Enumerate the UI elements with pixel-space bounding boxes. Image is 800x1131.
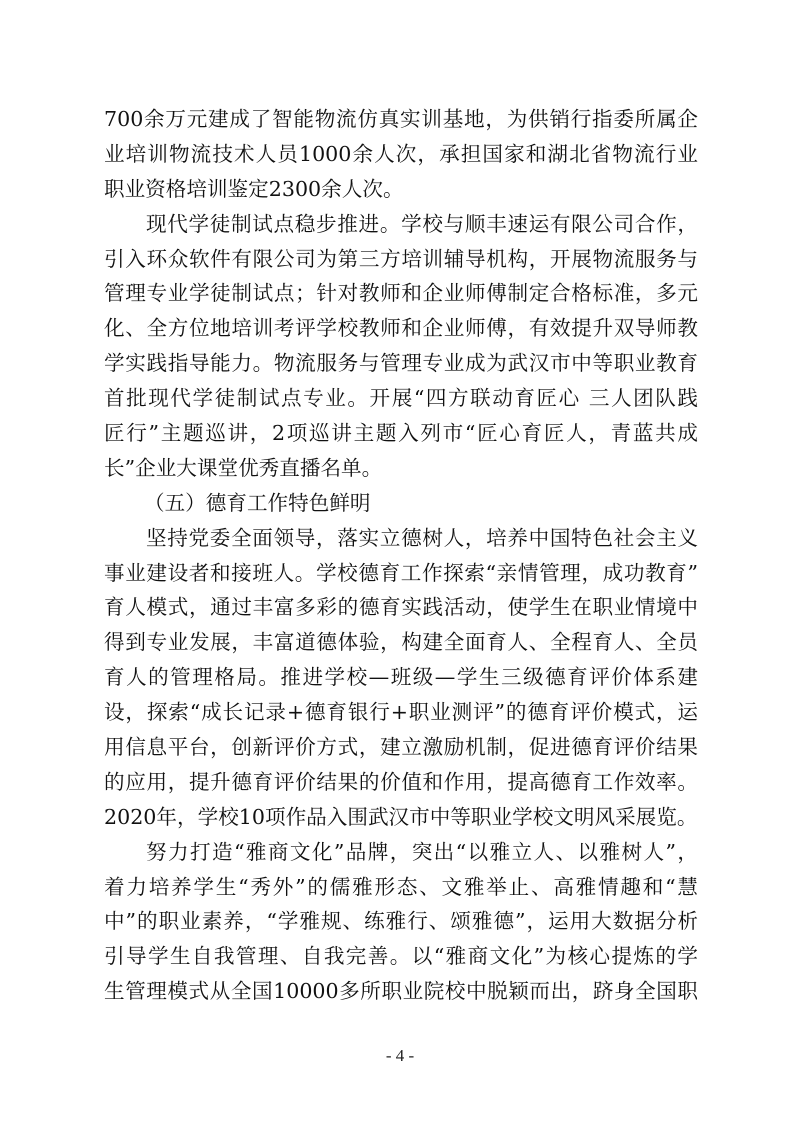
text-line: 生管理模式从全国10000多所职业院校中脱颖而出，跻身全国职 bbox=[104, 974, 698, 1009]
text-line: 首批现代学徒制试点专业。开展“四方联动育匠心 三人团队践 bbox=[104, 381, 698, 416]
text-line: 管理专业学徒制试点；针对教师和企业师傅制定合格标准，多元 bbox=[104, 276, 698, 311]
text-line: 设，探索“成长记录+德育银行+职业测评”的德育评价模式，运 bbox=[104, 695, 698, 730]
text-line: 引导学生自我管理、自我完善。以“雅商文化”为核心提炼的学 bbox=[104, 939, 698, 974]
text-line: 匠行”主题巡讲，2项巡讲主题入列市“匠心育匠人，青蓝共成 bbox=[104, 416, 698, 451]
text-line: 2020年，学校10项作品入围武汉市中等职业学校文明风采展览。 bbox=[104, 800, 698, 835]
document-page: 700余万元建成了智能物流仿真实训基地，为供销行指委所属企 业培训物流技术人员1… bbox=[0, 0, 800, 1131]
paragraph-start-line: 现代学徒制试点稳步推进。学校与顺丰速运有限公司合作， bbox=[104, 207, 698, 242]
text-line: 长”企业大课堂优秀直播名单。 bbox=[104, 451, 698, 486]
text-line: 化、全方位地培训考评学校教师和企业师傅，有效提升双导师教 bbox=[104, 311, 698, 346]
paragraph-start-line: 坚持党委全面领导，落实立德树人，培养中国特色社会主义 bbox=[104, 521, 698, 556]
text-line: 着力培养学生“秀外”的儒雅形态、文雅举止、高雅情趣和“慧 bbox=[104, 870, 698, 905]
text-line: 育人模式，通过丰富多彩的德育实践活动，使学生在职业情境中 bbox=[104, 590, 698, 625]
text-line: 引入环众软件有限公司为第三方培训辅导机构，开展物流服务与 bbox=[104, 242, 698, 277]
page-number: - 4 - bbox=[0, 1046, 800, 1066]
text-line: 业培训物流技术人员1000余人次，承担国家和湖北省物流行业 bbox=[104, 137, 698, 172]
text-line: 用信息平台，创新评价方式，建立激励机制，促进德育评价结果 bbox=[104, 730, 698, 765]
text-line: 中”的职业素养，“学雅规、练雅行、颂雅德”，运用大数据分析 bbox=[104, 904, 698, 939]
section-heading: （五）德育工作特色鲜明 bbox=[104, 486, 698, 521]
text-line: 育人的管理格局。推进学校—班级—学生三级德育评价体系建 bbox=[104, 660, 698, 695]
paragraph-start-line: 努力打造“雅商文化”品牌，突出“以雅立人、以雅树人”， bbox=[104, 835, 698, 870]
text-line: 得到专业发展，丰富道德体验，构建全面育人、全程育人、全员 bbox=[104, 625, 698, 660]
text-line: 事业建设者和接班人。学校德育工作探索“亲情管理，成功教育” bbox=[104, 556, 698, 591]
text-line: 职业资格培训鉴定2300余人次。 bbox=[104, 172, 698, 207]
text-line: 700余万元建成了智能物流仿真实训基地，为供销行指委所属企 bbox=[104, 102, 698, 137]
text-line: 学实践指导能力。物流服务与管理专业成为武汉市中等职业教育 bbox=[104, 346, 698, 381]
text-line: 的应用，提升德育评价结果的价值和作用，提高德育工作效率。 bbox=[104, 765, 698, 800]
document-body: 700余万元建成了智能物流仿真实训基地，为供销行指委所属企 业培训物流技术人员1… bbox=[104, 102, 698, 1009]
